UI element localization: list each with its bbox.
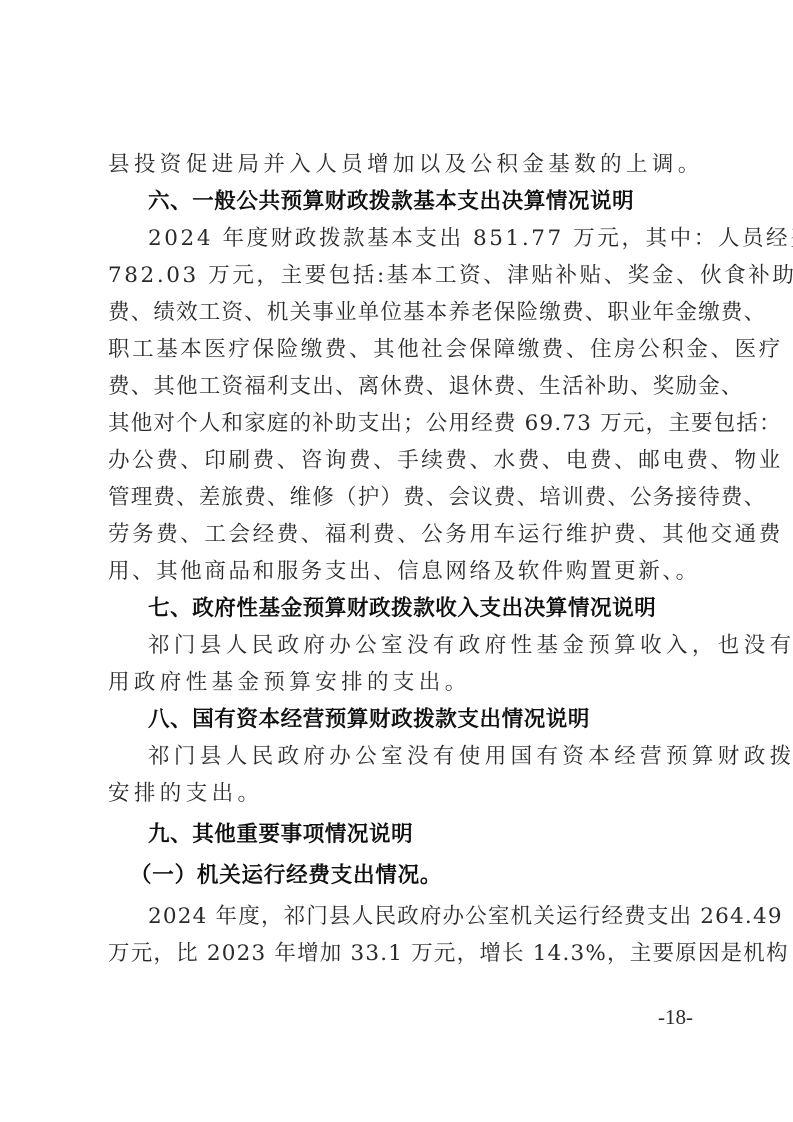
page-number: -18- [658,1005,693,1030]
section-heading-8: 八、国有资本经营预算财政拨款支出情况说明 [108,701,693,738]
paragraph-line: 费、绩效工资、机关事业单位基本养老保险缴费、职业年金缴费、 [108,294,693,331]
paragraph-line: 2024 年度，祁门县人民政府办公室机关运行经费支出 264.49 [108,898,693,935]
paragraph-line: 办公费、印刷费、咨询费、手续费、水费、电费、邮电费、物业 [108,442,693,479]
section-heading-7: 七、政府性基金预算财政拨款收入支出决算情况说明 [108,590,693,627]
paragraph-line: 782.03 万元，主要包括:基本工资、津贴补贴、奖金、伙食补助 [108,257,693,294]
paragraph-line: 祁门县人民政府办公室没有政府性基金预算收入，也没有使 [108,627,693,664]
paragraph-line: 用、其他商品和服务支出、信息网络及软件购置更新、。 [108,553,693,590]
paragraph-line: 县投资促进局并入人员增加以及公积金基数的上调。 [108,146,693,183]
paragraph-line: 用政府性基金预算安排的支出。 [108,664,693,701]
paragraph-line: 万元，比 2023 年增加 33.1 万元，增长 14.3%，主要原因是机构 [108,935,693,972]
paragraph-line: 职工基本医疗保险缴费、其他社会保障缴费、住房公积金、医疗 [108,331,693,368]
section-heading-6: 六、一般公共预算财政拨款基本支出决算情况说明 [108,183,693,220]
paragraph-line: 其他对个人和家庭的补助支出；公用经费 69.73 万元，主要包括： [108,405,693,442]
paragraph-line: 管理费、差旅费、维修（护）费、会议费、培训费、公务接待费、 [108,479,693,516]
document-page: 县投资促进局并入人员增加以及公积金基数的上调。 六、一般公共预算财政拨款基本支出… [108,146,693,972]
paragraph-line: 劳务费、工会经费、福利费、公务用车运行维护费、其他交通费 [108,516,693,553]
paragraph-line: 安排的支出。 [108,775,693,812]
paragraph-line: 2024 年度财政拨款基本支出 851.77 万元，其中：人员经费 [108,220,693,257]
section-heading-9: 九、其他重要事项情况说明 [108,816,693,853]
subsection-heading-1: （一）机关运行经费支出情况。 [108,857,693,894]
paragraph-line: 祁门县人民政府办公室没有使用国有资本经营预算财政拨款 [108,738,693,775]
paragraph-line: 费、其他工资福利支出、离休费、退休费、生活补助、奖励金、 [108,368,693,405]
